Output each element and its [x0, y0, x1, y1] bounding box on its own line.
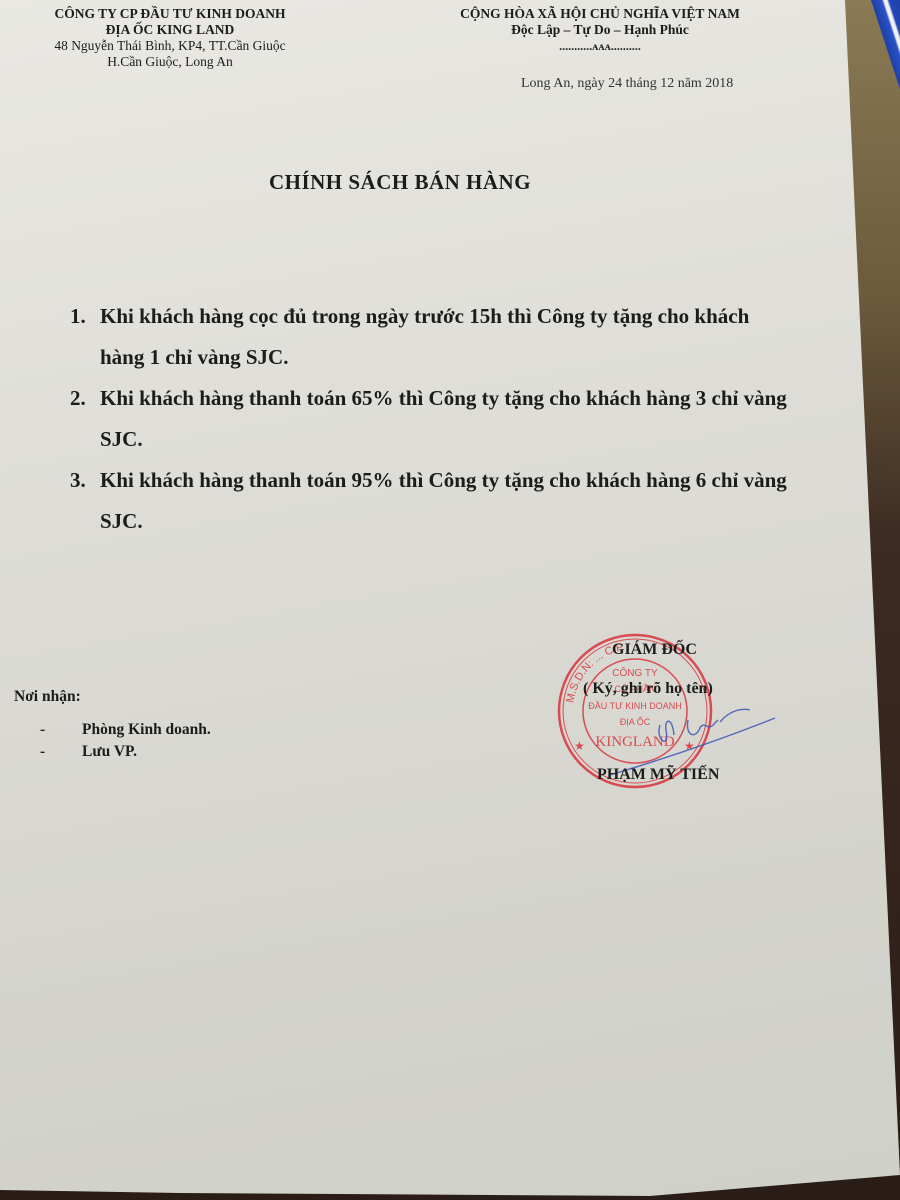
policy-item: 2. Khi khách hàng thanh toán 65% thì Côn… [70, 378, 790, 460]
company-header: CÔNG TY CP ĐẦU TƯ KINH DOANH ĐỊA ỐC KING… [20, 6, 320, 70]
recipient-text: Lưu VP. [82, 741, 137, 763]
signature-note: ( Ký, ghi rõ họ tên) [583, 680, 713, 698]
stamp-star-icon: ★ [574, 739, 585, 753]
national-motto: Độc Lập – Tự Do – Hạnh Phúc [410, 22, 790, 38]
company-address-line2: H.Cần Giuộc, Long An [20, 54, 320, 70]
signature-title: GIÁM ĐỐC [612, 641, 697, 659]
policy-item-text: Khi khách hàng cọc đủ trong ngày trước 1… [100, 296, 790, 378]
company-address-line1: 48 Nguyễn Thái Bình, KP4, TT.Cần Giuộc [20, 38, 320, 54]
recipients-label: Nơi nhận: [14, 688, 211, 706]
policy-item-text: Khi khách hàng thanh toán 65% thì Công t… [100, 378, 790, 460]
policy-list: 1. Khi khách hàng cọc đủ trong ngày trướ… [70, 296, 790, 542]
dateline: Long An, ngày 24 tháng 12 năm 2018 [521, 76, 733, 92]
policy-item: 3. Khi khách hàng thanh toán 95% thì Côn… [70, 460, 790, 542]
recipient-entry: - Phòng Kinh doanh. [40, 719, 211, 741]
policy-item-number: 1. [70, 296, 100, 378]
recipient-text: Phòng Kinh doanh. [82, 719, 211, 741]
recipients-block: Nơi nhận: - Phòng Kinh doanh. - Lưu VP. [14, 688, 211, 763]
stamp-line1: CÔNG TY [612, 666, 658, 679]
policy-item: 1. Khi khách hàng cọc đủ trong ngày trướ… [70, 296, 790, 378]
company-name-line2: ĐỊA ỐC KING LAND [20, 22, 320, 38]
signatory-name: PHẠM MỸ TIẾN [597, 766, 719, 784]
recipient-entry: - Lưu VP. [40, 741, 211, 763]
bullet-dash: - [40, 741, 82, 763]
header-divider: ...........ᴀᴀᴀ.......... [410, 38, 790, 54]
bullet-dash: - [40, 719, 82, 741]
national-header: CỘNG HÒA XÃ HỘI CHỦ NGHĨA VIỆT NAM Độc L… [410, 6, 790, 54]
policy-item-number: 2. [70, 378, 100, 460]
policy-item-text: Khi khách hàng thanh toán 95% thì Công t… [100, 460, 790, 542]
national-title: CỘNG HÒA XÃ HỘI CHỦ NGHĨA VIỆT NAM [410, 6, 790, 22]
company-name-line1: CÔNG TY CP ĐẦU TƯ KINH DOANH [20, 6, 320, 22]
document-page: CÔNG TY CP ĐẦU TƯ KINH DOANH ĐỊA ỐC KING… [0, 0, 900, 1200]
policy-item-number: 3. [70, 460, 100, 542]
document-title: CHÍNH SÁCH BÁN HÀNG [0, 170, 800, 195]
